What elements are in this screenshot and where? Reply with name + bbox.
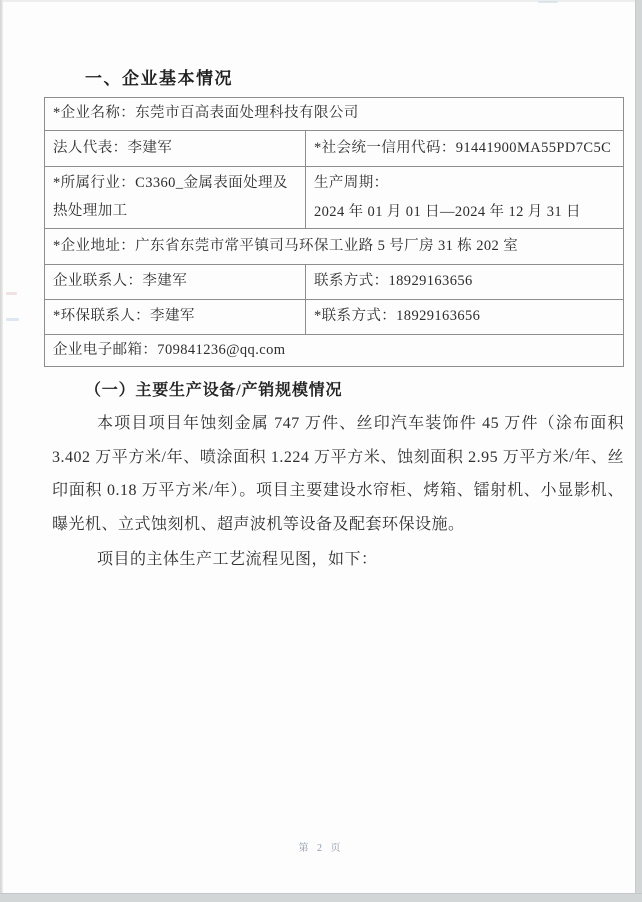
enterprise-info-table: *企业名称：东莞市百高表面处理科技有限公司 法人代表：李建军 *社会统一信用代码… (44, 97, 624, 367)
scan-artifact (6, 292, 17, 295)
production-period-cell: 生产周期： 2024 年 01 月 01 日—2024 年 12 月 31 日 (306, 167, 624, 229)
credit-code-cell: *社会统一信用代码：91441900MA55PD7C5C (306, 131, 624, 167)
scan-edge-right (635, 0, 642, 902)
scanned-document-page: { "document": { "section_title": "一、企业基本… (0, 0, 642, 902)
email-cell: 企业电子邮箱：709841236@qq.com (45, 335, 624, 367)
table-row-email: 企业电子邮箱：709841236@qq.com (45, 335, 624, 367)
env-contact-phone-text: *联系方式：18929163656 (314, 308, 480, 324)
address-cell: *企业地址：广东省东莞市常平镇司马环保工业路 5 号厂房 31 栋 202 室 (45, 229, 624, 265)
env-contact-phone-cell: *联系方式：18929163656 (306, 300, 624, 335)
legal-rep-cell: 法人代表：李建军 (45, 131, 306, 167)
credit-code-text: *社会统一信用代码：91441900MA55PD7C5C (314, 140, 611, 156)
scan-edge-bottom (0, 893, 642, 902)
table-row-address: *企业地址：广东省东莞市常平镇司马环保工业路 5 号厂房 31 栋 202 室 (45, 229, 624, 265)
table-row-contact: 企业联系人：李建军 联系方式：18929163656 (45, 265, 624, 300)
legal-rep-text: 法人代表：李建军 (53, 140, 172, 156)
production-period-dates: 2024 年 01 月 01 日—2024 年 12 月 31 日 (314, 198, 617, 227)
table-row-legal-rep: 法人代表：李建军 *社会统一信用代码：91441900MA55PD7C5C (45, 131, 624, 167)
production-period-label: 生产周期： (314, 169, 617, 198)
scan-artifact (6, 318, 19, 321)
contact-phone-text: 联系方式：18929163656 (314, 273, 473, 289)
email-text: 企业电子邮箱：709841236@qq.com (53, 342, 285, 358)
project-scale-paragraph: 本项目项目年蚀刻金属 747 万件、丝印汽车装饰件 45 万件（涂布面积 3.4… (52, 407, 624, 541)
table-row-industry: *所属行业：C3360_金属表面处理及热处理加工 生产周期： 2024 年 01… (45, 167, 624, 229)
scan-edge-left (0, 0, 3, 902)
env-contact-person-text: *环保联系人：李建军 (53, 308, 195, 324)
industry-text: *所属行业：C3360_金属表面处理及热处理加工 (53, 175, 288, 219)
industry-cell: *所属行业：C3360_金属表面处理及热处理加工 (45, 167, 306, 229)
env-contact-person-cell: *环保联系人：李建军 (45, 300, 306, 335)
scan-artifact (538, 1, 558, 3)
table-row-company-name: *企业名称：东莞市百高表面处理科技有限公司 (45, 98, 624, 131)
company-name-cell: *企业名称：东莞市百高表面处理科技有限公司 (45, 98, 624, 131)
section-title: 一、企业基本情况 (85, 64, 233, 89)
address-text: *企业地址：广东省东莞市常平镇司马环保工业路 5 号厂房 31 栋 202 室 (53, 238, 518, 254)
page-number-footer: 第 2 页 (0, 839, 642, 854)
table-row-env-contact: *环保联系人：李建军 *联系方式：18929163656 (45, 300, 624, 335)
subsection-title: （一）主要生产设备/产销规模情况 (85, 377, 342, 400)
process-flow-intro-paragraph: 项目的主体生产工艺流程见图，如下： (52, 543, 624, 577)
contact-person-cell: 企业联系人：李建军 (45, 265, 306, 300)
contact-phone-cell: 联系方式：18929163656 (306, 265, 624, 300)
company-name-text: *企业名称：东莞市百高表面处理科技有限公司 (53, 105, 359, 121)
contact-person-text: 企业联系人：李建军 (53, 273, 187, 289)
